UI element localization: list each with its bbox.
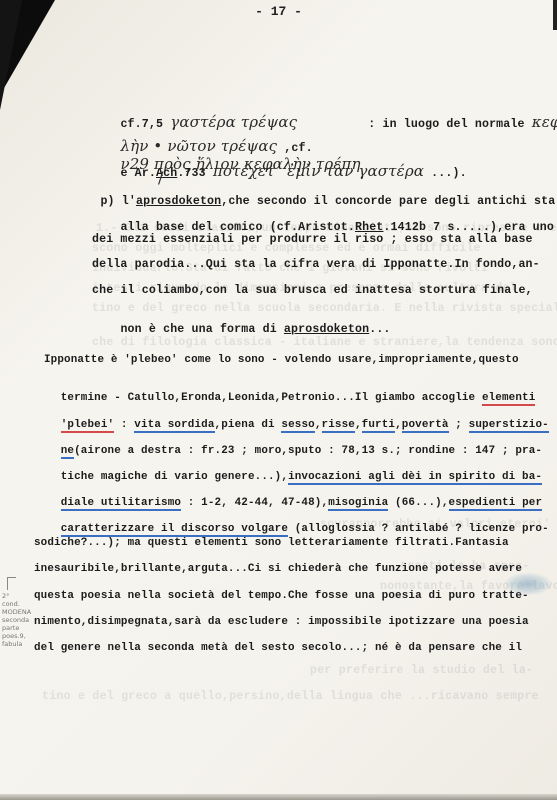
blue-underlined-phrase: povertà — [402, 419, 449, 433]
blue-underlined-phrase: ne — [61, 445, 74, 459]
blue-underlined-phrase: caratterizzare il discorso volgare — [61, 523, 288, 537]
text-line: Ipponatte è 'plebeo' come lo sono - vole… — [44, 354, 519, 366]
blue-underlined-phrase: superstizio- — [469, 419, 549, 433]
handwritten-greek: ποτέχετ᾽ ἐμὶν τὰν γαστέρα — [213, 162, 424, 180]
text-line: inesauribile,brillante,arguta...Ci si ch… — [34, 563, 522, 575]
text-line: dei mezzi essenziali per produrre il ris… — [92, 233, 533, 246]
ink-stain — [505, 573, 551, 595]
blue-underlined-phrase: sesso — [281, 419, 314, 433]
document-page: 1.- Gli studi classici,un tempo minaccia… — [0, 0, 557, 800]
blue-underlined-phrase: misoginia — [328, 497, 388, 511]
handwritten-greek: κεφα — [532, 113, 557, 131]
page-bottom-edge — [0, 794, 557, 800]
text-line: non è che una forma di aprosdoketon... — [92, 310, 391, 349]
page-number: - 17 - — [0, 4, 557, 19]
bleed-through-line: tino e del greco a quello,persino,della … — [42, 690, 539, 703]
margin-handwritten-note: 2° cond. MODENA seconda parte poes.9, fa… — [2, 592, 31, 648]
blue-underlined-phrase: invocazioni agli dèi in spirito di ba- — [288, 471, 542, 485]
text-line: che il coliambo,con la sua brusca ed ina… — [92, 284, 533, 297]
blue-underlined-phrase: furti — [362, 419, 395, 433]
text-line: nimento,disimpegnata,sarà da escludere :… — [34, 616, 529, 628]
margin-bracket-mark — [7, 577, 16, 590]
blue-underlined-phrase: risse — [322, 419, 355, 433]
text-line: questa poesia nella società del tempo.Ch… — [34, 590, 529, 602]
term-underlined: aprosdoketon — [136, 195, 221, 208]
red-underlined-phrase: elementi — [482, 392, 535, 406]
text-line: del genere nella seconda metà del sesto … — [34, 642, 522, 654]
blue-underlined-phrase: vita sordida — [134, 419, 214, 433]
term-underlined: aprosdoketon — [284, 323, 369, 336]
bleed-through-line: per preferire la studio del la- — [310, 664, 533, 677]
red-underlined-phrase: 'plebei' — [61, 419, 114, 433]
blue-underlined-phrase: diale utilitarismo — [61, 497, 181, 511]
blue-underlined-phrase: espedienti per — [449, 497, 543, 511]
text-line: della parodia...Qui sta la cifra vera di… — [92, 258, 540, 271]
text-line: sodiche?...); ma questi elementi sono le… — [34, 537, 509, 549]
